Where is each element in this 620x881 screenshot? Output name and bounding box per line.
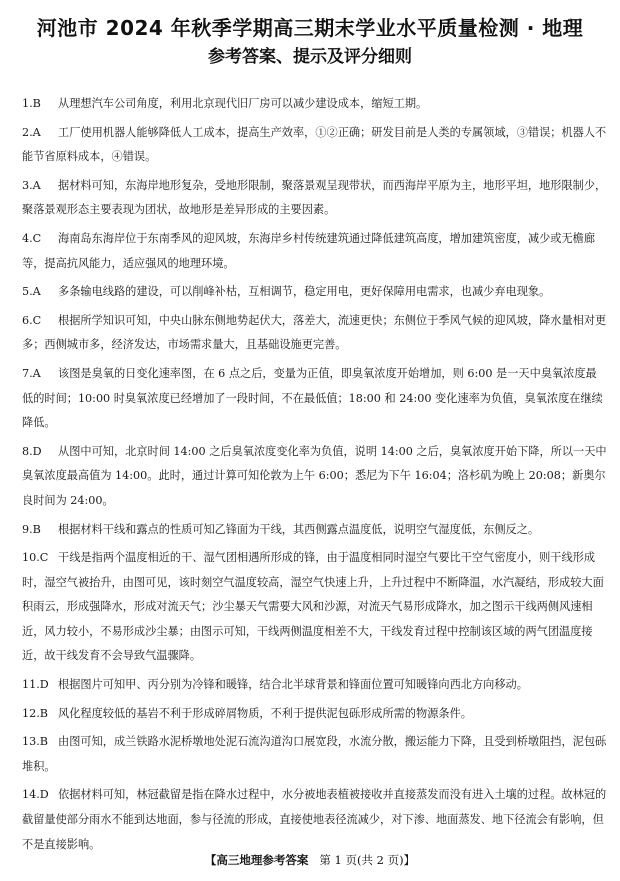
answer-item-2: 2.A工厂使用机器人能够降低人工成本，提高生产效率，①②正确；研发目前是人类的专… [22, 121, 607, 170]
answer-item-5: 5.A多条输电线路的建设，可以削峰补枯，互相调节，稳定用电，更好保障用电需求，也… [22, 280, 607, 305]
answer-item-14: 14.D依据材料可知，林冠截留是指在降水过程中，水分被地表植被接收并直接蒸发而没… [22, 783, 607, 857]
answer-number: 13.B [22, 730, 58, 755]
answer-number: 11.D [22, 673, 58, 698]
answer-explanation: 据材料可知，东海岸地形复杂，受地形限制，聚落景观呈现带状，而西海岸平原为主，地形… [22, 179, 606, 217]
answer-list: 1.B从理想汽车公司角度，利用北京现代旧厂房可以减少建设成本，缩短工期。 2.A… [22, 92, 607, 861]
answer-explanation: 海南岛东海岸位于东南季风的迎风坡，东海岸乡村传统建筑通过降低建筑高度，增加建筑密… [22, 232, 595, 270]
answer-item-11: 11.D根据图片可知甲、丙分别为冷锋和暖锋，结合北半球背景和锋面位置可知暖锋向西… [22, 673, 607, 698]
answer-number: 8.D [22, 440, 58, 465]
answer-number: 1.B [22, 92, 58, 117]
answer-number: 4.C [22, 227, 58, 252]
answer-item-3: 3.A据材料可知，东海岸地形复杂，受地形限制，聚落景观呈现带状，而西海岸平原为主… [22, 174, 607, 223]
answer-explanation: 根据所学知识可知，中央山脉东侧地势起伏大，落差大，流速更快；东侧位于季风气候的迎… [22, 314, 606, 352]
answer-explanation: 根据材料干线和露点的性质可知乙锋面为干线，其西侧露点温度低，说明空气湿度低，东侧… [58, 523, 539, 536]
answer-explanation: 从理想汽车公司角度，利用北京现代旧厂房可以减少建设成本，缩短工期。 [58, 97, 427, 110]
answer-explanation: 多条输电线路的建设，可以削峰补枯，互相调节，稳定用电，更好保障用电需求，也减少弃… [58, 285, 550, 298]
answer-number: 10.C [22, 546, 58, 571]
answer-item-6: 6.C根据所学知识可知，中央山脉东侧地势起伏大，落差大，流速更快；东侧位于季风气… [22, 309, 607, 358]
answer-explanation: 依据材料可知，林冠截留是指在降水过程中，水分被地表植被接收并直接蒸发而没有进入土… [22, 788, 606, 850]
answer-item-9: 9.B根据材料干线和露点的性质可知乙锋面为干线，其西侧露点温度低，说明空气湿度低… [22, 518, 607, 543]
answer-explanation: 由图可知，成兰铁路水泥桥墩地处泥石流沟道沟口展宽段，水流分散，搬运能力下降，且受… [22, 735, 606, 773]
page-footer: 【高三地理参考答案 第 1 页(共 2 页)】 [0, 852, 620, 868]
answer-item-8: 8.D从图中可知，北京时间 14:00 之后臭氧浓度变化率为负值，说明 14:0… [22, 440, 607, 514]
answer-explanation: 干线是指两个温度相近的干、湿气团相遇所形成的锋，由于温度相同时湿空气要比干空气密… [22, 551, 604, 662]
answer-explanation: 风化程度较低的基岩不利于形成碎屑物质，不利于提供泥包砾形成所需的物源条件。 [58, 707, 472, 720]
answer-number: 12.B [22, 702, 58, 727]
answer-explanation: 工厂使用机器人能够降低人工成本，提高生产效率，①②正确；研发目前是人类的专属领域… [22, 126, 606, 164]
footer-doc-label: 【高三地理参考答案 [205, 853, 309, 867]
footer-page-number: 第 1 页(共 2 页)】 [319, 853, 415, 867]
answer-item-1: 1.B从理想汽车公司角度，利用北京现代旧厂房可以减少建设成本，缩短工期。 [22, 92, 607, 117]
answer-item-4: 4.C海南岛东海岸位于东南季风的迎风坡，东海岸乡村传统建筑通过降低建筑高度，增加… [22, 227, 607, 276]
answer-number: 7.A [22, 362, 58, 387]
answer-number: 3.A [22, 174, 58, 199]
answer-item-10: 10.C干线是指两个温度相近的干、湿气团相遇所形成的锋，由于温度相同时湿空气要比… [22, 546, 607, 669]
answer-number: 2.A [22, 121, 58, 146]
answer-item-12: 12.B风化程度较低的基岩不利于形成碎屑物质，不利于提供泥包砾形成所需的物源条件… [22, 702, 607, 727]
document-subtitle: 参考答案、提示及评分细则 [0, 42, 620, 67]
answer-item-7: 7.A该图是臭氧的日变化速率图，在 6 点之后，变量为正值，即臭氧浓度开始增加，… [22, 362, 607, 436]
answer-number: 14.D [22, 783, 58, 808]
document-title: 河池市 2024 年秋季学期高三期末学业水平质量检测 · 地理 [0, 12, 620, 41]
answer-item-13: 13.B由图可知，成兰铁路水泥桥墩地处泥石流沟道沟口展宽段，水流分散，搬运能力下… [22, 730, 607, 779]
answer-number: 5.A [22, 280, 58, 305]
answer-explanation: 从图中可知，北京时间 14:00 之后臭氧浓度变化率为负值，说明 14:00 之… [22, 445, 607, 507]
answer-explanation: 根据图片可知甲、丙分别为冷锋和暖锋，结合北半球背景和锋面位置可知暖锋向西北方向移… [58, 678, 528, 691]
answer-explanation: 该图是臭氧的日变化速率图，在 6 点之后，变量为正值，即臭氧浓度开始增加，则 6… [22, 367, 603, 429]
answer-number: 6.C [22, 309, 58, 334]
answer-number: 9.B [22, 518, 58, 543]
